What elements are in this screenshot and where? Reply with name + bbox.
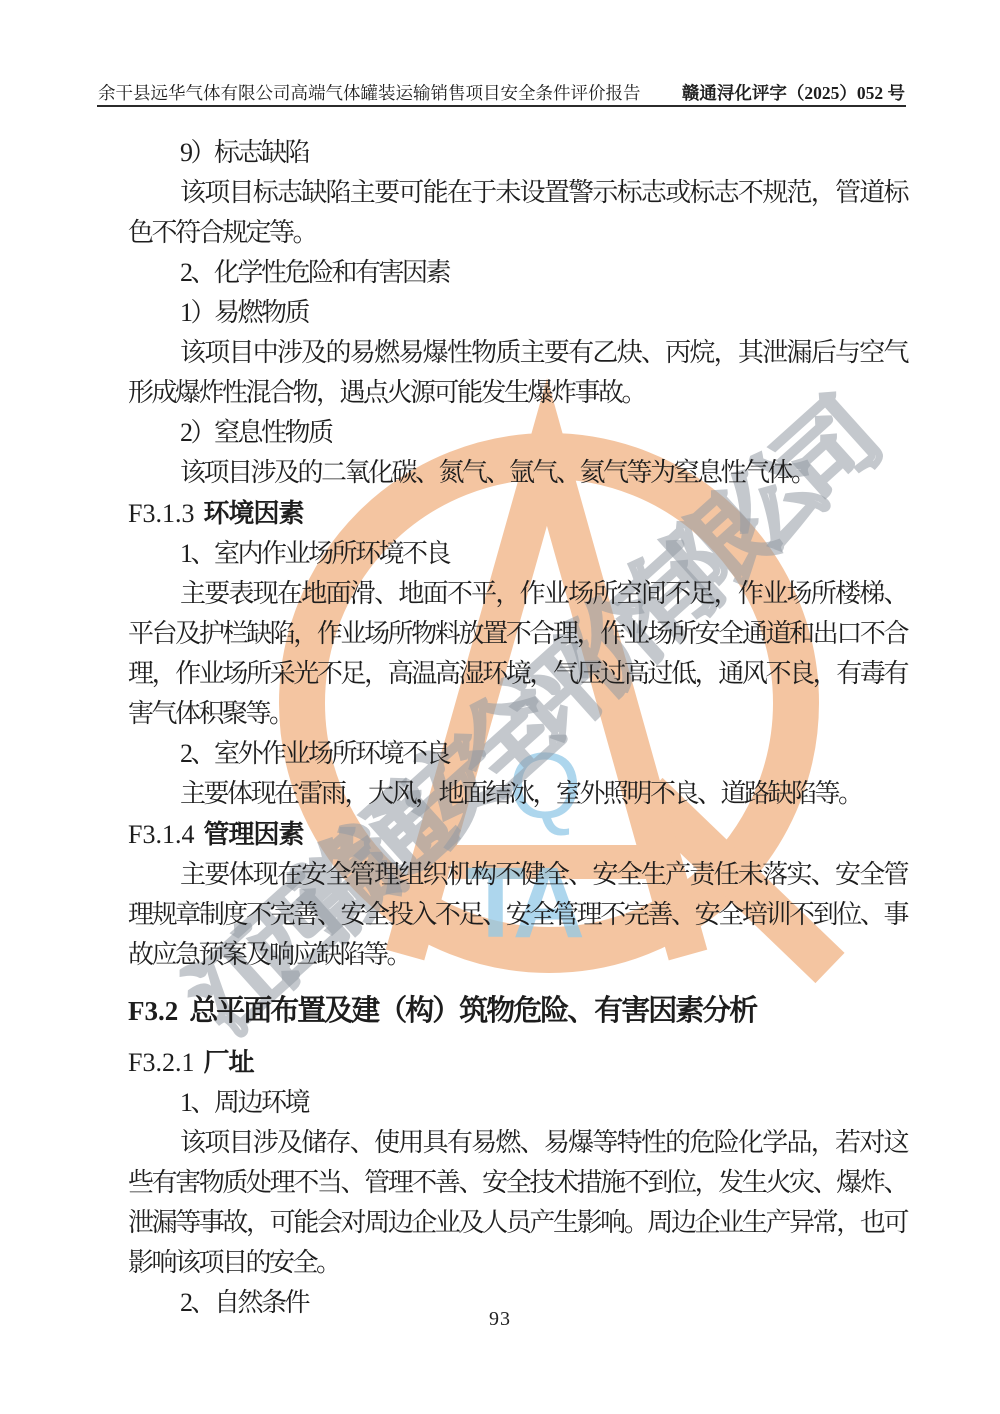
- list-item: 2、自然条件: [128, 1283, 907, 1323]
- section-number: F3.1.3: [128, 499, 194, 528]
- list-item: 9）标志缺陷: [128, 133, 907, 173]
- section-title: 厂址: [203, 1047, 253, 1077]
- paragraph: 该项目涉及储存、使用具有易燃、易爆等特性的危险化学品，若对这些有害物质处理不当、…: [128, 1123, 907, 1283]
- section-number: F3.1.4: [128, 820, 194, 849]
- section-heading: F3.1.3环境因素: [128, 493, 907, 534]
- list-item: 1、周边环境: [128, 1083, 907, 1123]
- paragraph: 该项目涉及的二氧化碳、氮气、氩气、氦气等为窒息性气体。: [128, 453, 907, 493]
- header-report-title: 余干县远华气体有限公司高端气体罐装运输销售项目安全条件评价报告: [98, 80, 641, 105]
- header-document-number: 赣通浔化评字（2025）052 号: [682, 80, 905, 105]
- paragraph: 该项目中涉及的易燃易爆性物质主要有乙炔、丙烷，其泄漏后与空气形成爆炸性混合物，遇…: [128, 333, 907, 413]
- section-number: F3.2: [128, 996, 178, 1026]
- list-item: 2）窒息性物质: [128, 413, 907, 453]
- content: 9）标志缺陷该项目标志缺陷主要可能在于未设置警示标志或标志不规范，管道标色不符合…: [128, 133, 907, 1323]
- header-divider: [97, 105, 906, 107]
- list-item: 1、室内作业场所环境不良: [128, 534, 907, 574]
- document-page: Q TA 江西赣通安全评价有限公司 余干县远华气体有限公司高端气体罐装运输销售项…: [0, 0, 1000, 1414]
- section-heading: F3.1.4管理因素: [128, 814, 907, 855]
- section-number: F3.2.1: [128, 1048, 194, 1077]
- section-heading: F3.2总平面布置及建（构）筑物危险、有害因素分析: [128, 988, 907, 1035]
- section-heading: F3.2.1厂址: [128, 1042, 907, 1083]
- list-item: 2、室外作业场所环境不良: [128, 734, 907, 774]
- paragraph: 主要体现在雷雨，大风，地面结冰，室外照明不良、道路缺陷等。: [128, 774, 907, 814]
- paragraph: 该项目标志缺陷主要可能在于未设置警示标志或标志不规范，管道标色不符合规定等。: [128, 173, 907, 253]
- list-item: 1）易燃物质: [128, 293, 907, 333]
- paragraph: 主要体现在安全管理组织机构不健全、安全生产责任未落实、安全管理规章制度不完善、安…: [128, 855, 907, 975]
- paragraph: 主要表现在地面滑、地面不平，作业场所空间不足，作业场所楼梯、平台及护栏缺陷，作业…: [128, 574, 907, 734]
- list-item: 2、化学性危险和有害因素: [128, 253, 907, 293]
- section-title: 环境因素: [203, 498, 303, 528]
- section-title: 总平面布置及建（构）筑物危险、有害因素分析: [189, 995, 756, 1027]
- section-title: 管理因素: [203, 819, 303, 849]
